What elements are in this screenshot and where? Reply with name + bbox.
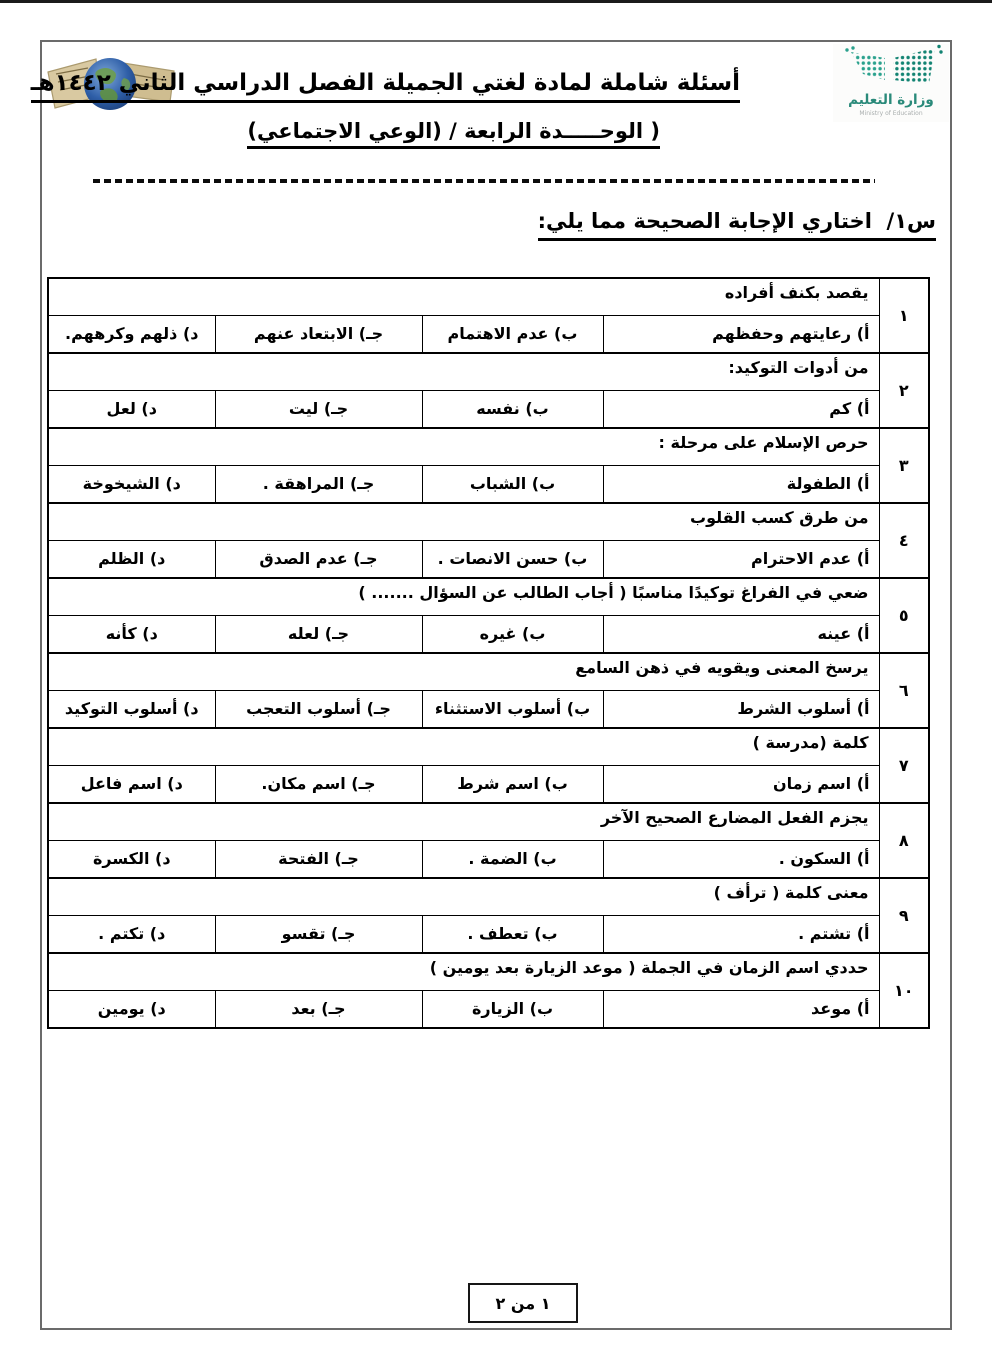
question-options-row: أ) اسم زمان ب) اسم شرط جـ) اسم مكان. د) … [48, 765, 929, 803]
question-text-row: ٥ ضعي في الفراغ توكيدًا مناسبًا ( أجاب ا… [48, 578, 929, 615]
option-d: د) كأنه [48, 615, 215, 653]
moe-logo-english-text: Ministry of Education [859, 110, 922, 117]
option-c: جـ) عدم الصدق [215, 540, 422, 578]
option-b: ب) حسن الانصات . [422, 540, 603, 578]
question-number: ٣ [879, 428, 929, 503]
question-number: ١ [879, 278, 929, 353]
dashed-separator-line [93, 179, 875, 183]
option-c: جـ) أسلوب التعجب [215, 690, 422, 728]
option-b: ب) أسلوب الاستثناء [422, 690, 603, 728]
unit-title: ( الوحـــــدة الرابعة / (الوعي الاجتماعي… [247, 119, 660, 149]
question-number: ٧ [879, 728, 929, 803]
option-a: أ) أسلوب الشرط [603, 690, 879, 728]
question-text-row: ٤ من طرق كسب القلوب [48, 503, 929, 540]
screenshot-top-edge [0, 0, 992, 3]
question-text: من طرق كسب القلوب [48, 503, 879, 540]
option-c: جـ) المراهقة . [215, 465, 422, 503]
question-number: ٢ [879, 353, 929, 428]
section1-heading: س١/ اختاري الإجابة الصحيحة مما يلي: [538, 209, 936, 241]
question-text: من أدوات التوكيد: [48, 353, 879, 390]
option-a: أ) كم [603, 390, 879, 428]
question-text: كلمة (مدرسة ) [48, 728, 879, 765]
question-options-row: أ) السكون . ب) الضمة . جـ) الفتحة د) الك… [48, 840, 929, 878]
option-c: جـ) اسم مكان. [215, 765, 422, 803]
option-d: د) ذلهم وكرههم. [48, 315, 215, 353]
question-text-row: ٧ كلمة (مدرسة ) [48, 728, 929, 765]
question-text: يجزم الفعل المضارع الصحيح الآخر [48, 803, 879, 840]
option-b: ب) الضمة . [422, 840, 603, 878]
option-a: أ) رعايتهم وحفظهم [603, 315, 879, 353]
option-c: جـ) ليت [215, 390, 422, 428]
option-c: جـ) تقسو [215, 915, 422, 953]
question-number: ١٠ [879, 953, 929, 1028]
question-options-row: أ) موعد ب) الزيارة جـ) بعد د) يومين [48, 990, 929, 1028]
option-a: أ) موعد [603, 990, 879, 1028]
question-text-row: ٩ معنى كلمة ( ترأف ) [48, 878, 929, 915]
question-text-row: ٣ حرص الإسلام على مرحلة : [48, 428, 929, 465]
page-number-box: ١ من ٢ [468, 1283, 578, 1323]
question-text: يقصد بكنف أفراده [48, 278, 879, 315]
option-d: د) يومين [48, 990, 215, 1028]
question-options-row: أ) الطفولة ب) الشباب جـ) المراهقة . د) ا… [48, 465, 929, 503]
option-d: د) اسم فاعل [48, 765, 215, 803]
question-options-row: أ) أسلوب الشرط ب) أسلوب الاستثناء جـ) أس… [48, 690, 929, 728]
option-d: د) تكتم . [48, 915, 215, 953]
option-b: ب) عدم الاهتمام [422, 315, 603, 353]
option-d: د) الظلم [48, 540, 215, 578]
question-text-row: ٢ من أدوات التوكيد: [48, 353, 929, 390]
question-number: ٩ [879, 878, 929, 953]
question-number: ٤ [879, 503, 929, 578]
moe-logo-arabic-text: وزارة التعليم [848, 92, 934, 108]
page-number: ١ من ٢ [496, 1294, 551, 1313]
option-a: أ) اسم زمان [603, 765, 879, 803]
option-d: د) الكسرة [48, 840, 215, 878]
option-a: أ) السكون . [603, 840, 879, 878]
option-b: ب) تعطف . [422, 915, 603, 953]
option-b: ب) نفسه [422, 390, 603, 428]
question-text: يرسخ المعنى ويقويه في ذهن السامع [48, 653, 879, 690]
option-d: د) الشيخوخة [48, 465, 215, 503]
question-options-row: أ) كم ب) نفسه جـ) ليت د) لعل [48, 390, 929, 428]
question-text: حرص الإسلام على مرحلة : [48, 428, 879, 465]
option-d: د) لعل [48, 390, 215, 428]
question-options-row: أ) تشتم . ب) تعطف . جـ) تقسو د) تكتم . [48, 915, 929, 953]
option-a: أ) تشتم . [603, 915, 879, 953]
question-text: حددي اسم الزمان في الجملة ( موعد الزيارة… [48, 953, 879, 990]
ministry-of-education-logo: وزارة التعليم Ministry of Education [833, 44, 949, 122]
question-text: معنى كلمة ( ترأف ) [48, 878, 879, 915]
option-c: جـ) الابتعاد عنهم [215, 315, 422, 353]
question-number: ٥ [879, 578, 929, 653]
option-a: أ) الطفولة [603, 465, 879, 503]
option-a: أ) عينه [603, 615, 879, 653]
question-options-row: أ) عدم الاحترام ب) حسن الانصات . جـ) عدم… [48, 540, 929, 578]
exam-title: أسئلة شاملة لمادة لغتي الجميلة الفصل الد… [31, 70, 740, 103]
question-options-row: أ) رعايتهم وحفظهم ب) عدم الاهتمام جـ) ال… [48, 315, 929, 353]
question-text-row: ٨ يجزم الفعل المضارع الصحيح الآخر [48, 803, 929, 840]
option-b: ب) الزيارة [422, 990, 603, 1028]
option-c: جـ) الفتحة [215, 840, 422, 878]
option-b: ب) غيره [422, 615, 603, 653]
question-text-row: ٦ يرسخ المعنى ويقويه في ذهن السامع [48, 653, 929, 690]
option-b: ب) اسم شرط [422, 765, 603, 803]
question-text-row: ١٠ حددي اسم الزمان في الجملة ( موعد الزي… [48, 953, 929, 990]
option-c: جـ) لعله [215, 615, 422, 653]
question-number: ٨ [879, 803, 929, 878]
option-a: أ) عدم الاحترام [603, 540, 879, 578]
question-options-row: أ) عينه ب) غيره جـ) لعله د) كأنه [48, 615, 929, 653]
option-c: جـ) بعد [215, 990, 422, 1028]
question-number: ٦ [879, 653, 929, 728]
question-text: ضعي في الفراغ توكيدًا مناسبًا ( أجاب الط… [48, 578, 879, 615]
option-d: د) أسلوب التوكيد [48, 690, 215, 728]
questions-table: ١ يقصد بكنف أفراده أ) رعايتهم وحفظهم ب) … [47, 277, 930, 1029]
questions-table-body: ١ يقصد بكنف أفراده أ) رعايتهم وحفظهم ب) … [48, 278, 929, 1028]
option-b: ب) الشباب [422, 465, 603, 503]
question-text-row: ١ يقصد بكنف أفراده [48, 278, 929, 315]
